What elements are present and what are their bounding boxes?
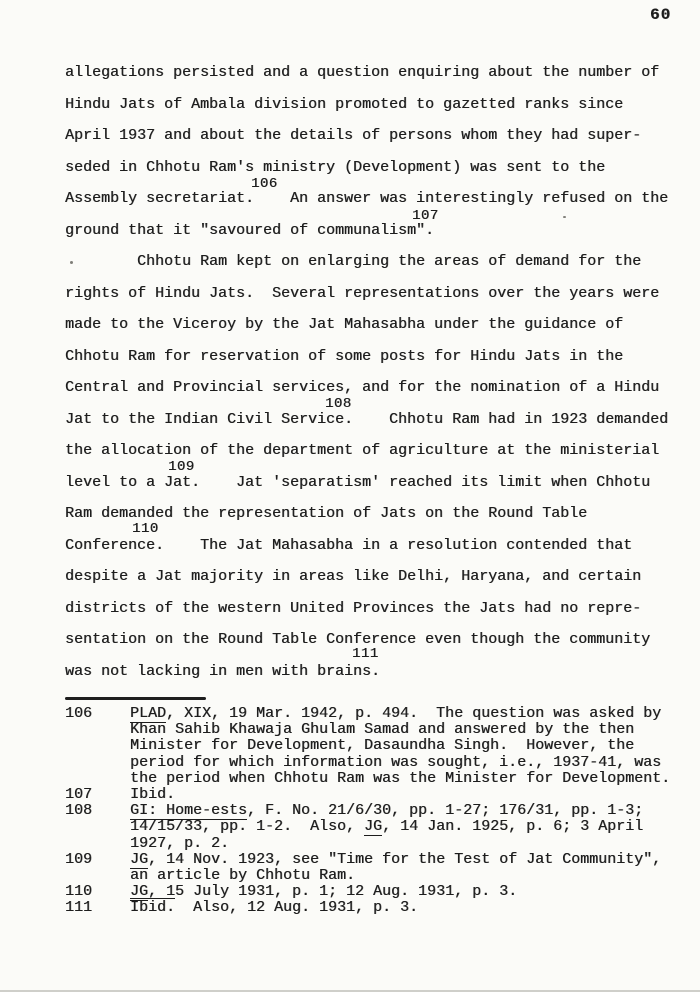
footnote-separator-rule bbox=[65, 697, 206, 700]
scan-speck bbox=[70, 261, 73, 264]
footnote-ref-107: 107 bbox=[412, 208, 439, 224]
body-line: districts of the western United Province… bbox=[65, 593, 690, 625]
footnote-text: GI: Home-ests, F. No. 21/6/30, pp. 1-27;… bbox=[130, 803, 680, 852]
footnote-text: PLAD, XIX, 19 Mar. 1942, p. 494. The que… bbox=[130, 706, 680, 787]
footnotes-section: 106 PLAD, XIX, 19 Mar. 1942, p. 494. The… bbox=[65, 706, 680, 917]
footnote-ref-109: 109 bbox=[168, 459, 195, 475]
footnote-number: 107 bbox=[65, 787, 130, 803]
body-line: despite a Jat majority in areas like Del… bbox=[65, 561, 690, 593]
footnote-text: Ibid. Also, 12 Aug. 1931, p. 3. bbox=[130, 900, 680, 916]
body-line: Chhotu Ram kept on enlarging the areas o… bbox=[65, 246, 690, 278]
body-line: Assembly secretariat. An answer was inte… bbox=[65, 183, 690, 215]
footnote-109: 109 JG, 14 Nov. 1923, see "Time for the … bbox=[65, 852, 680, 884]
body-line: Ram demanded the representation of Jats … bbox=[65, 498, 690, 530]
body-line: Chhotu Ram for reservation of some posts… bbox=[65, 341, 690, 373]
scan-speck bbox=[563, 216, 566, 218]
body-line: seded in Chhotu Ram's ministry (Developm… bbox=[65, 152, 690, 184]
body-text: allegations persisted and a question enq… bbox=[65, 57, 690, 687]
body-line: April 1937 and about the details of pers… bbox=[65, 120, 690, 152]
body-line: made to the Viceroy by the Jat Mahasabha… bbox=[65, 309, 690, 341]
body-line: the allocation of the department of agri… bbox=[65, 435, 690, 467]
footnote-number: 106 bbox=[65, 706, 130, 722]
body-line: ground that it "savoured of communalism"… bbox=[65, 215, 690, 247]
footnote-number: 109 bbox=[65, 852, 130, 868]
footnote-text: JG, 15 July 1931, p. 1; 12 Aug. 1931, p.… bbox=[130, 884, 680, 900]
footnote-number: 110 bbox=[65, 884, 130, 900]
body-line: rights of Hindu Jats. Several representa… bbox=[65, 278, 690, 310]
footnote-107: 107 Ibid. bbox=[65, 787, 680, 803]
body-line: level to a Jat. Jat 'separatism' reached… bbox=[65, 467, 690, 499]
footnote-text: JG, 14 Nov. 1923, see "Time for the Test… bbox=[130, 852, 680, 884]
footnote-ref-110: 110 bbox=[132, 521, 159, 537]
footnote-number: 111 bbox=[65, 900, 130, 916]
scan-speck bbox=[620, 447, 622, 449]
body-line: Central and Provincial services, and for… bbox=[65, 372, 690, 404]
footnote-111: 111 Ibid. Also, 12 Aug. 1931, p. 3. bbox=[65, 900, 680, 916]
footnote-ref-111: 111 bbox=[352, 646, 379, 662]
body-line: Jat to the Indian Civil Service. Chhotu … bbox=[65, 404, 690, 436]
footnote-ref-108: 108 bbox=[325, 396, 352, 412]
scanned-typescript-page: 60 allegations persisted and a question … bbox=[0, 0, 700, 992]
body-line: Conference. The Jat Mahasabha in a resol… bbox=[65, 530, 690, 562]
footnote-number: 108 bbox=[65, 803, 130, 819]
footnote-text: Ibid. bbox=[130, 787, 680, 803]
body-line: allegations persisted and a question enq… bbox=[65, 57, 690, 89]
page-number: 60 bbox=[650, 6, 671, 24]
footnote-ref-106: 106 bbox=[251, 176, 278, 192]
footnote-108: 108 GI: Home-ests, F. No. 21/6/30, pp. 1… bbox=[65, 803, 680, 852]
footnote-106: 106 PLAD, XIX, 19 Mar. 1942, p. 494. The… bbox=[65, 706, 680, 787]
body-line: Hindu Jats of Ambala division promoted t… bbox=[65, 89, 690, 121]
